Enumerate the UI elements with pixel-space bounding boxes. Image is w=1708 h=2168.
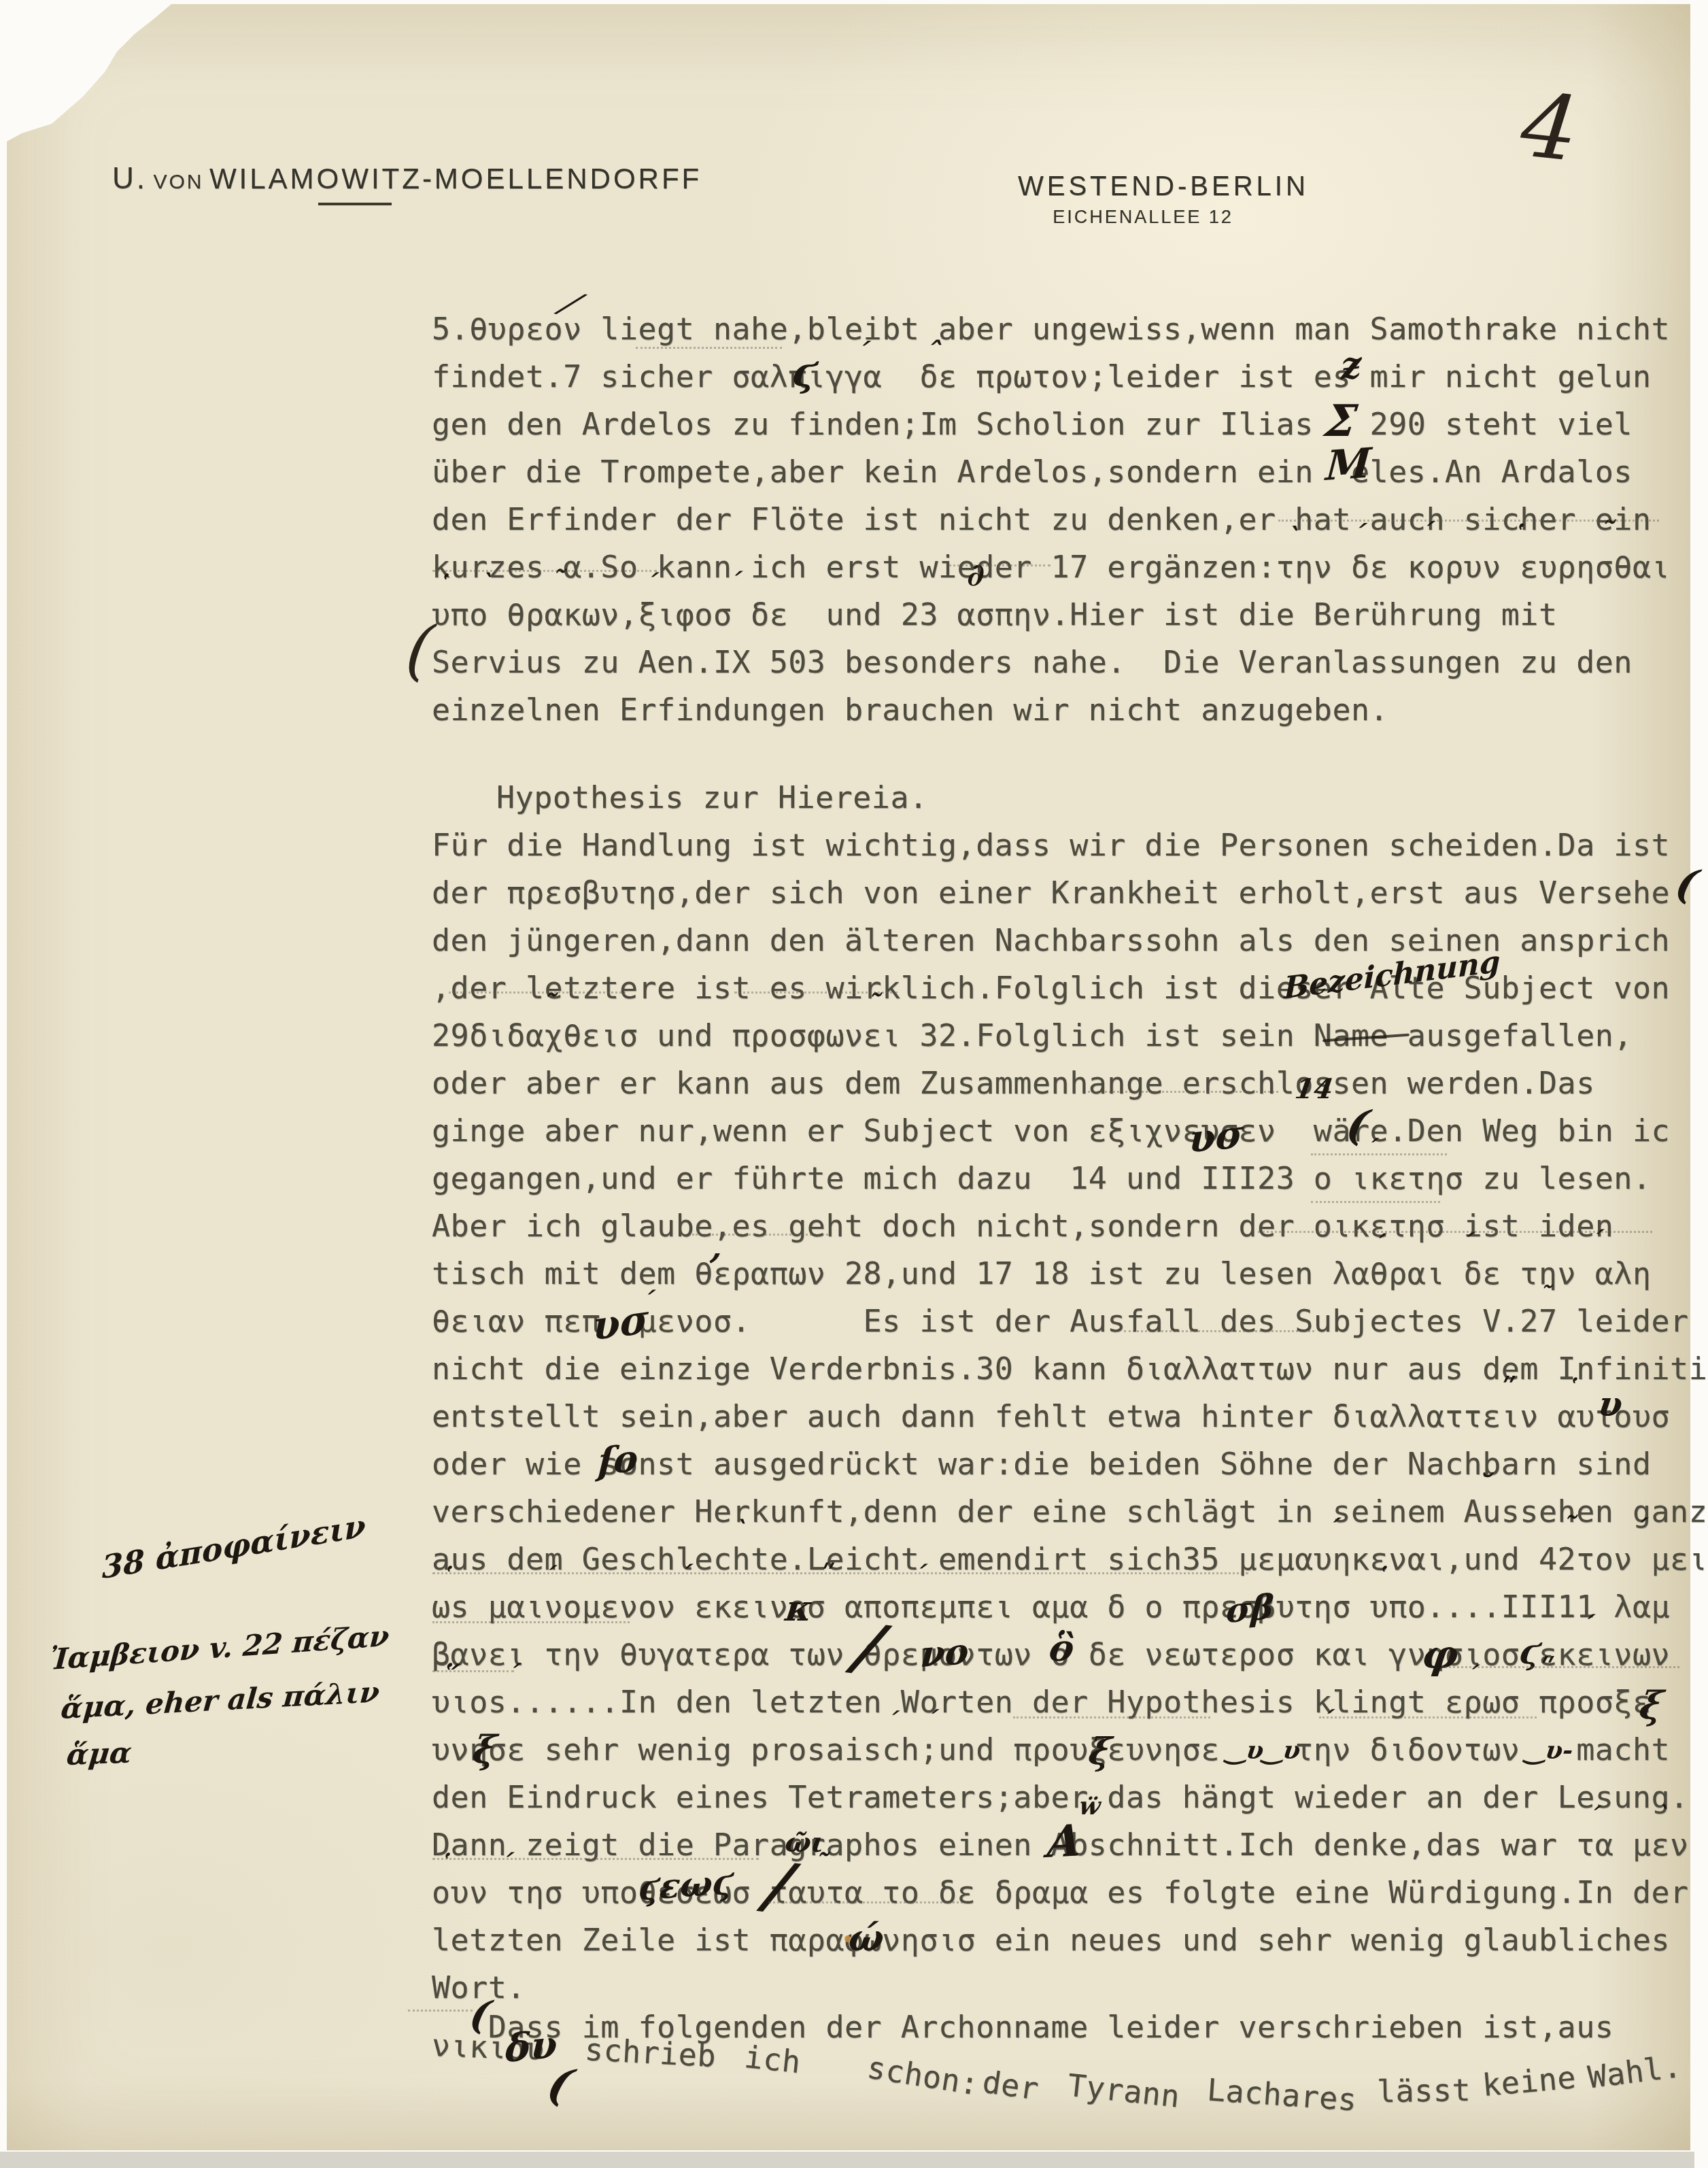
typed-dotted-overline: [1088, 1091, 1278, 1093]
typed-word: schrieb: [584, 2031, 717, 2074]
typed-line: der πρεσβυτησ,der sich von einer Krankhe…: [432, 869, 1708, 917]
handwritten-mark: ƶ: [1341, 345, 1361, 385]
typed-line: υνησε sehr wenig prosaisch;und προυξευνη…: [432, 1726, 1708, 1774]
letterhead-particle: von: [153, 171, 203, 193]
typed-word: keine: [1481, 2059, 1577, 2103]
typed-line: 5.θυρεον liegt nahe,bleibt aber ungewiss…: [432, 305, 1670, 353]
typed-dotted-overline: [1441, 1666, 1679, 1668]
typed-line: υπο θρακων,ξιφοσ δε und 23 ασπην.Hier is…: [432, 591, 1670, 639]
typed-dotted-overline: [432, 1621, 630, 1623]
typed-dotted-overline: [432, 1858, 759, 1860]
typed-line: Für die Handlung ist wichtig,dass wir di…: [432, 822, 1708, 869]
typed-dotted-overline: [949, 564, 1051, 566]
typed-line: letzten Zeile ist παραφωνησισ ein neues …: [432, 1916, 1708, 1964]
handwritten-mark: ‿υ-: [1524, 1738, 1575, 1763]
handwritten-mark: σβ: [1225, 1589, 1274, 1628]
typed-line: findet.7 sicher σαλπιγγα δε πρωτον;leide…: [432, 353, 1670, 401]
handwritten-mark: ϛεωϛ: [638, 1865, 734, 1906]
letterhead-initial: U.: [112, 162, 148, 195]
letterhead-name: WILAMOWITZ-MOELLENDORFF: [209, 163, 702, 194]
handwritten-mark: Σ: [1322, 400, 1359, 443]
typed-dotted-overline: [1319, 1716, 1537, 1718]
handwritten-mark: δυ: [505, 2025, 558, 2068]
handwritten-mark: φ: [1420, 1635, 1461, 1674]
curved-typed-line: νικιουschriebichschon:derTyrannLacharesl…: [432, 2029, 1708, 2138]
typed-line: kurzes α.So kann ich erst wieder 17 ergä…: [432, 543, 1670, 591]
typed-dotted-overline: [1124, 1330, 1314, 1332]
handwritten-mark: ὃ: [1047, 1629, 1077, 1666]
handwritten-mark: M: [1325, 443, 1372, 487]
margin-note: ἅμα: [65, 1738, 133, 1769]
typed-line: ,der letztere ist es wirklich.Folglich i…: [432, 964, 1708, 1012]
typed-line: gegangen,und er führte mich dazu 14 und …: [432, 1155, 1708, 1202]
typed-line: den jüngeren,dann den älteren Nachbarsso…: [432, 917, 1708, 964]
handwritten-mark: υσ: [1189, 1115, 1244, 1159]
typed-dotted-overline: [692, 1234, 828, 1236]
letterhead-underline: [318, 203, 392, 205]
typed-line: oder aber er kann aus dem Zusammenhange …: [432, 1060, 1708, 1107]
typed-line: nicht die einzige Verderbnis.30 kann δια…: [432, 1345, 1708, 1393]
typed-dotted-overline: [1013, 1716, 1210, 1718]
typed-word: schon:: [865, 2049, 982, 2102]
scan-edge-strip: [0, 2152, 1694, 2168]
handwritten-mark: υ: [1596, 1387, 1625, 1421]
handwritten-mark: κ: [783, 1591, 815, 1627]
typed-line: einzelnen Erfindungen brauchen wir nicht…: [432, 686, 1670, 734]
typed-word: ich: [742, 2039, 802, 2080]
typed-dotted-overline: [734, 992, 898, 994]
typed-dotted-overline: [768, 1901, 972, 1903]
typed-line: ουν τησ υποθεσεωσ ταυτα το δε δραμα es f…: [432, 1869, 1708, 1916]
typed-line: ωs μαινομενον εκεινοσ αποπεμπει αμα δ ο …: [432, 1583, 1708, 1631]
typed-word: Tyrann: [1066, 2067, 1182, 2114]
handwritten-mark: νο: [919, 1634, 970, 1673]
typed-line: verschiedener Herkunft,denn der eine sch…: [432, 1488, 1708, 1536]
typed-dotted-overline: [1311, 1153, 1447, 1155]
typed-line: Servius zu Aen.IX 503 besonders nahe. Di…: [432, 639, 1670, 686]
typed-line: tisch mit dem θεραπων 28,und 17 18 ist z…: [432, 1250, 1708, 1298]
typed-line: entstellt sein,aber auch dann fehlt etwa…: [432, 1393, 1708, 1440]
typed-dotted-overline: [408, 2010, 473, 2012]
handwritten-mark: A: [1046, 1819, 1083, 1865]
typed-line: gen den Ardelos zu finden;Im Scholion zu…: [432, 401, 1670, 448]
typed-line: über die Trompete,aber kein Ardelos,sond…: [432, 448, 1670, 496]
typed-line: den Eindruck eines Tetrameters;aber das …: [432, 1774, 1708, 1821]
section-heading: Hypothesis zur Hiereia.: [496, 774, 928, 822]
typed-dotted-overline: [636, 347, 782, 349]
letterhead: U. von WILAMOWITZ-MOELLENDORFF: [112, 162, 702, 196]
typed-dotted-overline: [1311, 1201, 1440, 1203]
typed-line: ginge aber nur,wenn er Subject von εξιχν…: [432, 1107, 1708, 1155]
typed-dotted-overline: [432, 1670, 514, 1672]
paper-stain: [844, 1935, 851, 1942]
typed-line: aus dem Geschlechte.Leicht emendirt sich…: [432, 1536, 1708, 1583]
handwritten-mark: ſo: [597, 1439, 639, 1480]
handwritten-mark: ώ: [847, 1919, 887, 1956]
typed-line: Aber ich glaube,es geht doch nicht,sonde…: [432, 1202, 1708, 1250]
letterhead-street: EICHENALLEE 12: [1018, 207, 1268, 228]
typed-word: der: [980, 2063, 1041, 2107]
page-number: 4: [1517, 80, 1582, 174]
typed-word: Wahl.: [1586, 2048, 1683, 2095]
handwritten-mark: ẅ: [1078, 1794, 1102, 1818]
letterhead-place: WESTEND-BERLIN: [1018, 171, 1276, 202]
handwritten-mark: 14: [1293, 1076, 1335, 1103]
typed-dotted-overline: [449, 992, 626, 994]
typed-line: υιοs......In den letzten Worten der Hypo…: [432, 1678, 1708, 1726]
typed-word: lässt: [1377, 2072, 1471, 2110]
typed-dotted-overline: [432, 1572, 1248, 1574]
typed-line: 29διδαχθεισ und προσφωνει 32.Folglich is…: [432, 1012, 1708, 1060]
handwritten-mark: ‿υ‿υ: [1225, 1738, 1302, 1763]
typed-dotted-overline: [1258, 1231, 1652, 1233]
typed-dotted-overline: [1278, 520, 1659, 522]
typed-dotted-overline: [432, 570, 657, 572]
typed-word: Lachares: [1206, 2071, 1358, 2118]
